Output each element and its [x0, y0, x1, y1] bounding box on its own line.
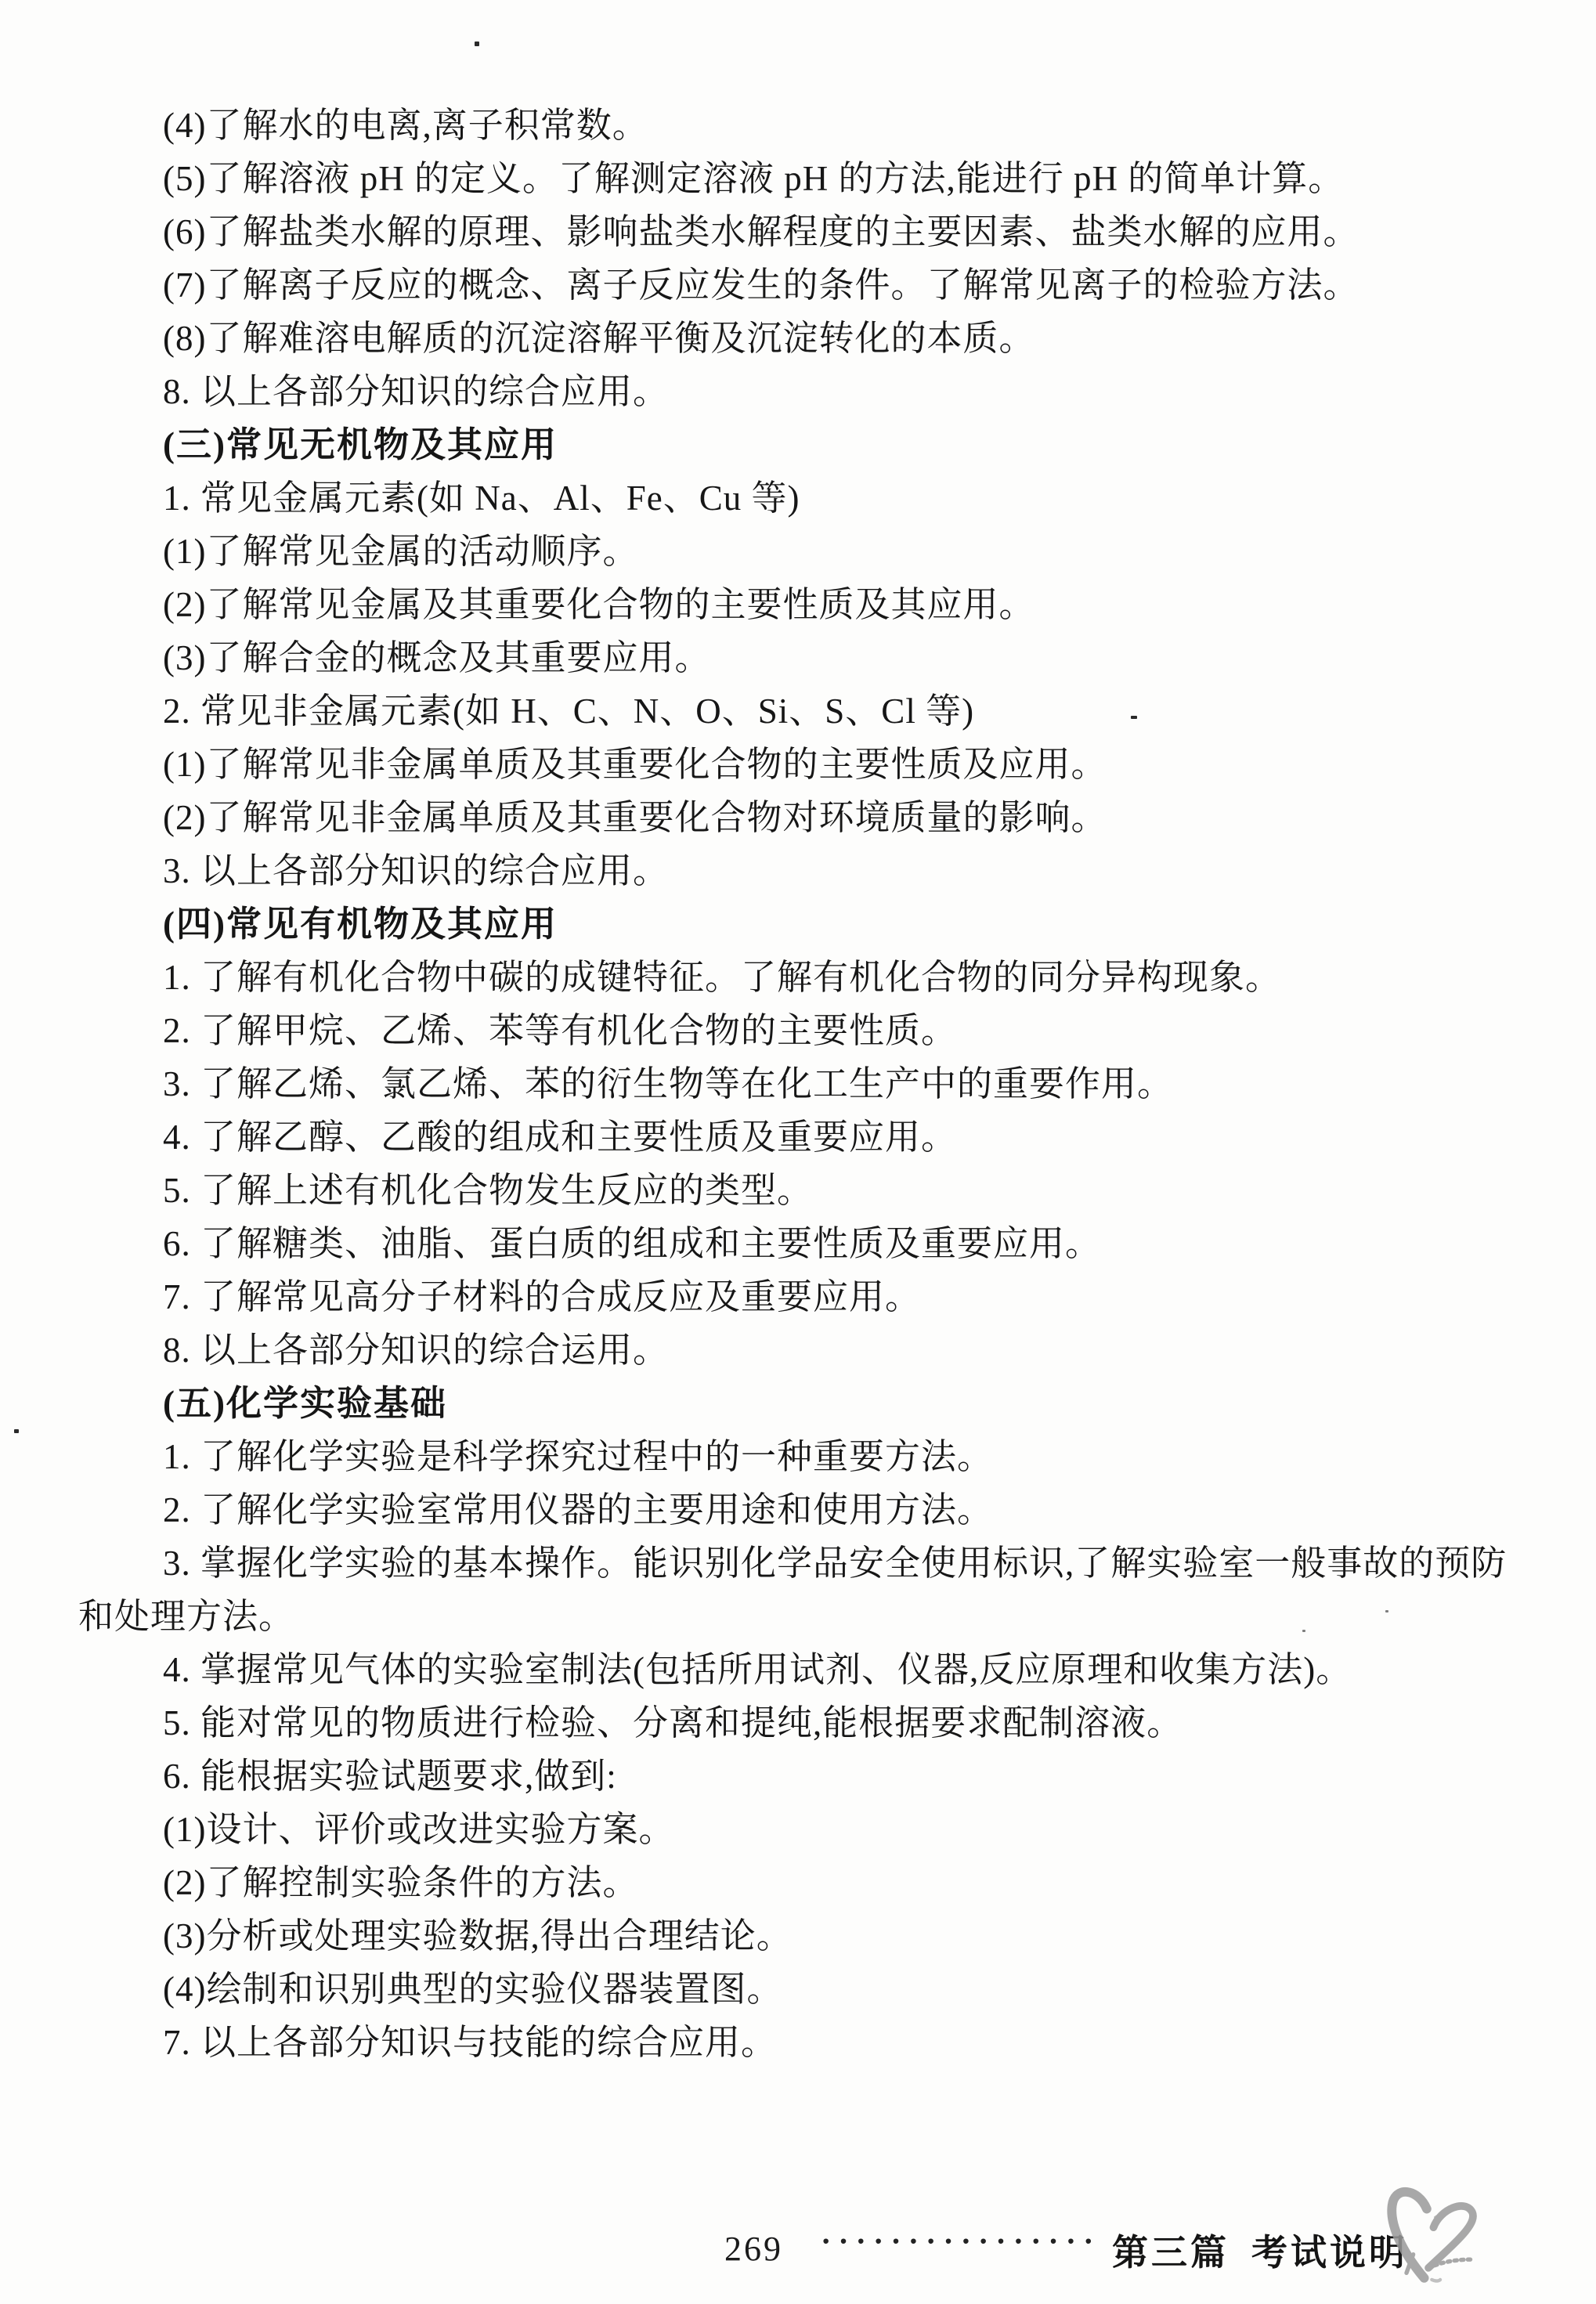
text-line: 2. 了解甲烷、乙烯、苯等有机化合物的主要性质。 — [78, 1004, 1596, 1057]
text-line: 1. 了解有机化合物中碳的成键特征。了解有机化合物的同分异构现象。 — [78, 951, 1596, 1004]
scanned-document-page: (4)了解水的电离,离子积常数。 (5)了解溶液 pH 的定义。了解测定溶液 p… — [0, 0, 1596, 2304]
ink-speck — [1131, 716, 1137, 719]
text-line: (2)了解常见金属及其重要化合物的主要性质及其应用。 — [78, 578, 1596, 631]
text-line: 1. 常见金属元素(如 Na、Al、Fe、Cu 等) — [78, 471, 1596, 525]
ink-speck — [1385, 1610, 1388, 1612]
text-line: (1)了解常见非金属单质及其重要化合物的主要性质及应用。 — [78, 738, 1596, 791]
ink-speck — [1302, 1630, 1305, 1632]
text-line: (1)设计、评价或改进实验方案。 — [78, 1803, 1596, 1856]
footer-dotted-leader: ···················· — [821, 2223, 1103, 2259]
text-line: (4)绘制和识别典型的实验仪器装置图。 — [78, 1963, 1596, 2016]
ink-speck — [475, 42, 479, 46]
text-line: 6. 了解糖类、油脂、蛋白质的组成和主要性质及重要应用。 — [78, 1217, 1596, 1270]
text-line: (2)了解常见非金属单质及其重要化合物对环境质量的影响。 — [78, 791, 1596, 844]
text-line: (5)了解溶液 pH 的定义。了解测定溶液 pH 的方法,能进行 pH 的简单计… — [78, 152, 1596, 205]
text-line: 2. 了解化学实验室常用仪器的主要用途和使用方法。 — [78, 1483, 1596, 1537]
text-line: 2. 常见非金属元素(如 H、C、N、O、Si、S、Cl 等) — [78, 684, 1596, 738]
text-line: (8)了解难溶电解质的沉淀溶解平衡及沉淀转化的本质。 — [78, 312, 1596, 365]
text-line: (6)了解盐类水解的原理、影响盐类水解程度的主要因素、盐类水解的应用。 — [78, 205, 1596, 258]
text-line: (3)了解合金的概念及其重要应用。 — [78, 631, 1596, 684]
text-line: 7. 了解常见高分子材料的合成反应及重要应用。 — [78, 1270, 1596, 1324]
text-line: 4. 掌握常见气体的实验室制法(包括所用试剂、仪器,反应原理和收集方法)。 — [78, 1643, 1596, 1696]
text-line: 3. 掌握化学实验的基本操作。能识别化学品安全使用标识,了解实验室一般事故的预防 — [78, 1537, 1596, 1590]
text-line: 8. 以上各部分知识的综合应用。 — [78, 365, 1596, 418]
text-line: 4. 了解乙醇、乙酸的组成和主要性质及重要应用。 — [78, 1110, 1596, 1164]
text-line: (4)了解水的电离,离子积常数。 — [78, 99, 1596, 152]
text-line: 1. 了解化学实验是科学探究过程中的一种重要方法。 — [78, 1430, 1596, 1483]
ink-speck — [14, 1429, 19, 1433]
section-heading: (四)常见有机物及其应用 — [78, 897, 1596, 951]
text-line: 5. 了解上述有机化合物发生反应的类型。 — [78, 1164, 1596, 1217]
footer-part-label: 第三篇 — [1112, 2224, 1229, 2276]
footer-page-number: 269 — [724, 2229, 783, 2269]
heart-doodle-icon — [1385, 2183, 1494, 2289]
text-line: 5. 能对常见的物质进行检验、分离和提纯,能根据要求配制溶液。 — [78, 1696, 1596, 1750]
text-line: 8. 以上各部分知识的综合运用。 — [78, 1324, 1596, 1377]
text-line: 3. 以上各部分知识的综合应用。 — [78, 844, 1596, 897]
text-line: (7)了解离子反应的概念、离子反应发生的条件。了解常见离子的检验方法。 — [78, 258, 1596, 312]
text-line-continuation: 和处理方法。 — [78, 1590, 1596, 1643]
text-line: 6. 能根据实验试题要求,做到: — [78, 1750, 1596, 1803]
page-footer: 269 ···················· 第三篇 考试说明 — [0, 2223, 1596, 2277]
text-line: 7. 以上各部分知识与技能的综合应用。 — [78, 2016, 1596, 2069]
document-body: (4)了解水的电离,离子积常数。 (5)了解溶液 pH 的定义。了解测定溶液 p… — [78, 99, 1596, 2069]
text-line: (3)分析或处理实验数据,得出合理结论。 — [78, 1909, 1596, 1963]
text-line: (2)了解控制实验条件的方法。 — [78, 1856, 1596, 1909]
text-line: 3. 了解乙烯、氯乙烯、苯的衍生物等在化工生产中的重要作用。 — [78, 1057, 1596, 1110]
section-heading: (三)常见无机物及其应用 — [78, 418, 1596, 471]
section-heading: (五)化学实验基础 — [78, 1377, 1596, 1430]
text-line: (1)了解常见金属的活动顺序。 — [78, 525, 1596, 578]
